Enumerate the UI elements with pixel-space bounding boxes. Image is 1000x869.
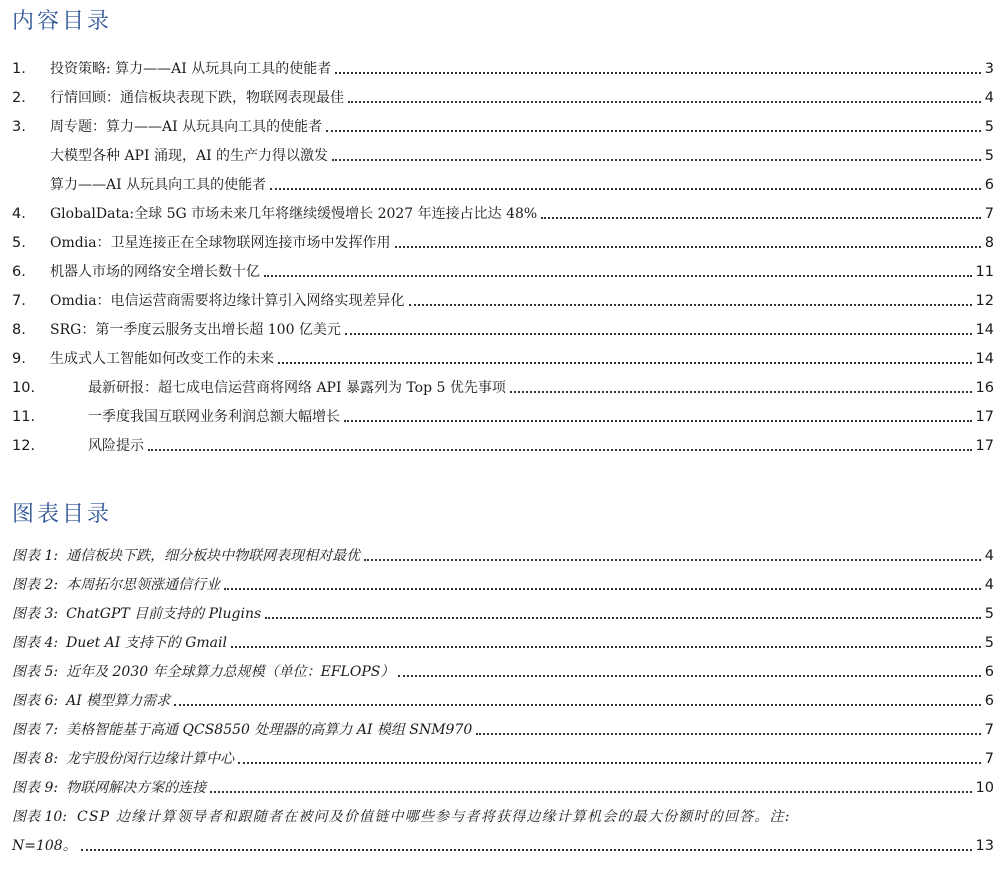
figure-label: 图表 10:	[12, 806, 67, 826]
toc-entry[interactable]: 4. GlobalData:全球 5G 市场未来几年将继续缓慢增长 2027 年…	[12, 201, 994, 223]
toc-entry-title: SRG：第一季度云服务支出增长超 100 亿美元	[50, 321, 341, 339]
toc-leader-dots	[210, 791, 971, 793]
figure-entry-multiline[interactable]: 图表 10: CSP 边缘计算领导者和跟随者在被问及价值链中哪些参与者将获得边缘…	[12, 804, 994, 858]
toc-leader-dots	[264, 275, 972, 277]
toc-subentry[interactable]: 算力——AI 从玩具向工具的使能者 6	[12, 172, 994, 194]
toc-entry-page: 5	[985, 147, 994, 165]
figure-entry[interactable]: 图表 9: 物联网解决方案的连接 10	[12, 775, 994, 797]
figure-label: 图表 8:	[12, 750, 58, 768]
toc-leader-dots	[326, 130, 981, 132]
figure-title: ChatGPT 目前支持的 Plugins	[66, 605, 261, 623]
toc-entry[interactable]: 1. 投资策略: 算力——AI 从玩具向工具的使能者 3	[12, 56, 994, 78]
toc-entry-title: 行情回顾：通信板块表现下跌，物联网表现最佳	[50, 89, 344, 107]
toc-entry-number: 2.	[12, 89, 50, 107]
toc-entry-number: 5.	[12, 234, 50, 252]
toc-entry-title: 周专题：算力——AI 从玩具向工具的使能者	[50, 118, 322, 136]
toc-leader-dots	[148, 449, 972, 451]
toc-entry-title: 投资策略: 算力——AI 从玩具向工具的使能者	[50, 60, 331, 78]
figure-title: 美格智能基于高通 QCS8550 处理器的高算力 AI 模组 SNM970	[66, 721, 472, 739]
toc-entry-page: 7	[985, 205, 994, 223]
figure-label: 图表 6:	[12, 692, 58, 710]
figure-page: 7	[985, 721, 994, 739]
figure-entry[interactable]: 图表 5: 近年及 2030 年全球算力总规模（单位：EFLOPS） 6	[12, 659, 994, 681]
toc-entry[interactable]: 7. Omdia：电信运营商需要将边缘计算引入网络实现差异化 12	[12, 288, 994, 310]
figure-entry-line-1: 图表 10: CSP 边缘计算领导者和跟随者在被问及价值链中哪些参与者将获得边缘…	[12, 806, 994, 826]
toc-entry[interactable]: 5. Omdia：卫星连接正在全球物联网连接市场中发挥作用 8	[12, 230, 994, 252]
toc-leader-dots	[364, 559, 981, 561]
toc-entry-page: 11	[976, 263, 994, 281]
figure-page: 10	[976, 779, 994, 797]
toc-entry-page: 17	[976, 437, 994, 455]
toc-leader-dots	[174, 704, 981, 706]
figure-entry[interactable]: 图表 7: 美格智能基于高通 QCS8550 处理器的高算力 AI 模组 SNM…	[12, 717, 994, 739]
toc-leader-dots	[335, 72, 981, 74]
figure-title: 近年及 2030 年全球算力总规模（单位：EFLOPS）	[66, 663, 394, 681]
figure-entry[interactable]: 图表 4: Duet AI 支持下的 Gmail 5	[12, 630, 994, 652]
toc-leader-dots	[345, 333, 972, 335]
toc-entry[interactable]: 11. 一季度我国互联网业务利润总额大幅增长 17	[12, 404, 994, 426]
figure-title: 龙宇股份闵行边缘计算中心	[66, 750, 234, 768]
toc-leader-dots	[398, 675, 980, 677]
toc-entry-number: 4.	[12, 205, 50, 223]
toc-entry-number: 10.	[12, 379, 88, 397]
figure-title: CSP 边缘计算领导者和跟随者在被问及价值链中哪些参与者将获得边缘计算机会的最大…	[77, 806, 791, 826]
toc-entry-number: 12.	[12, 437, 88, 455]
toc-entry-number: 9.	[12, 350, 50, 368]
toc-leader-dots	[344, 420, 972, 422]
figure-label: 图表 4:	[12, 634, 58, 652]
figure-label: 图表 7:	[12, 721, 58, 739]
toc-entry[interactable]: 12. 风险提示 17	[12, 433, 994, 455]
toc-entry-page: 6	[985, 176, 994, 194]
toc-entry-number: 11.	[12, 408, 88, 426]
figure-title: Duet AI 支持下的 Gmail	[66, 634, 227, 652]
toc-entry-title: 一季度我国互联网业务利润总额大幅增长	[88, 408, 340, 426]
toc-leader-dots	[81, 849, 972, 851]
toc-entry[interactable]: 2. 行情回顾：通信板块表现下跌，物联网表现最佳 4	[12, 85, 994, 107]
figure-label: 图表 1:	[12, 547, 58, 565]
toc-entry-title: 机器人市场的网络安全增长数十亿	[50, 263, 260, 281]
toc-entry-page: 4	[985, 89, 994, 107]
figure-title-continued: N=108。	[12, 837, 77, 855]
figure-entry-line-2: N=108。 13	[12, 833, 994, 855]
toc-leader-dots	[265, 617, 981, 619]
toc-entry[interactable]: 3. 周专题：算力——AI 从玩具向工具的使能者 5	[12, 114, 994, 136]
figure-label: 图表 5:	[12, 663, 58, 681]
toc-leader-dots	[332, 159, 981, 161]
toc-entry-page: 5	[985, 118, 994, 136]
toc-entry-number: 6.	[12, 263, 50, 281]
figure-page: 6	[985, 663, 994, 681]
toc-entry[interactable]: 6. 机器人市场的网络安全增长数十亿 11	[12, 259, 994, 281]
figure-label: 图表 3:	[12, 605, 58, 623]
figure-page: 5	[985, 605, 994, 623]
figure-label: 图表 2:	[12, 576, 58, 594]
toc-entry-title: Omdia：电信运营商需要将边缘计算引入网络实现差异化	[50, 292, 405, 310]
figure-page: 4	[985, 547, 994, 565]
toc-leader-dots	[278, 362, 972, 364]
toc-entry[interactable]: 8. SRG：第一季度云服务支出增长超 100 亿美元 14	[12, 317, 994, 339]
toc-entry-page: 17	[976, 408, 994, 426]
toc-leader-dots	[476, 733, 980, 735]
toc-leader-dots	[510, 391, 972, 393]
figure-page: 4	[985, 576, 994, 594]
figure-entry[interactable]: 图表 6: AI 模型算力需求 6	[12, 688, 994, 710]
toc-entry-number: 8.	[12, 321, 50, 339]
toc-leader-dots	[231, 646, 981, 648]
toc-entry-page: 14	[976, 321, 994, 339]
toc-leader-dots	[238, 762, 981, 764]
contents-title: 内容目录	[12, 4, 112, 35]
toc-entry-page: 14	[976, 350, 994, 368]
toc-entry-number: 1.	[12, 60, 50, 78]
toc-entry-number: 7.	[12, 292, 50, 310]
figure-entry[interactable]: 图表 3: ChatGPT 目前支持的 Plugins 5	[12, 601, 994, 623]
figures-title: 图表目录	[12, 497, 112, 528]
toc-entry-title: GlobalData:全球 5G 市场未来几年将继续缓慢增长 2027 年连接占…	[50, 205, 537, 223]
figure-title: 本周拓尔思领涨通信行业	[66, 576, 220, 594]
figure-title: 物联网解决方案的连接	[66, 779, 206, 797]
figure-title: AI 模型算力需求	[66, 692, 170, 710]
toc-entry-page: 12	[976, 292, 994, 310]
toc-entry-title: 生成式人工智能如何改变工作的未来	[50, 350, 274, 368]
figure-title: 通信板块下跌，细分板块中物联网表现相对最优	[66, 547, 360, 565]
toc-entry-title: 风险提示	[88, 437, 144, 455]
toc-leader-dots	[409, 304, 972, 306]
toc-leader-dots	[348, 101, 981, 103]
toc-leader-dots	[270, 188, 981, 190]
figure-page: 7	[985, 750, 994, 768]
figure-entry[interactable]: 图表 1: 通信板块下跌，细分板块中物联网表现相对最优 4	[12, 543, 994, 565]
toc-leader-dots	[224, 588, 981, 590]
figure-entry[interactable]: 图表 2: 本周拓尔思领涨通信行业 4	[12, 572, 994, 594]
figure-page: 6	[985, 692, 994, 710]
toc-subentry[interactable]: 大模型各种 API 涌现，AI 的生产力得以激发 5	[12, 143, 994, 165]
toc-entry-title: 算力——AI 从玩具向工具的使能者	[50, 176, 266, 194]
toc-entry-title: 最新研报：超七成电信运营商将网络 API 暴露列为 Top 5 优先事项	[88, 379, 506, 397]
figure-entry[interactable]: 图表 8: 龙宇股份闵行边缘计算中心 7	[12, 746, 994, 768]
toc-entry-title: Omdia：卫星连接正在全球物联网连接市场中发挥作用	[50, 234, 391, 252]
toc-entry-page: 16	[976, 379, 994, 397]
figure-page: 5	[985, 634, 994, 652]
toc-entry-title: 大模型各种 API 涌现，AI 的生产力得以激发	[50, 147, 328, 165]
toc-entry-page: 3	[985, 60, 994, 78]
toc-entry[interactable]: 10. 最新研报：超七成电信运营商将网络 API 暴露列为 Top 5 优先事项…	[12, 375, 994, 397]
toc-entry[interactable]: 9. 生成式人工智能如何改变工作的未来 14	[12, 346, 994, 368]
toc-leader-dots	[395, 246, 981, 248]
toc-leader-dots	[541, 217, 981, 219]
figure-page: 13	[976, 837, 994, 855]
toc-entry-page: 8	[985, 234, 994, 252]
figure-label: 图表 9:	[12, 779, 58, 797]
toc-entry-number: 3.	[12, 118, 50, 136]
